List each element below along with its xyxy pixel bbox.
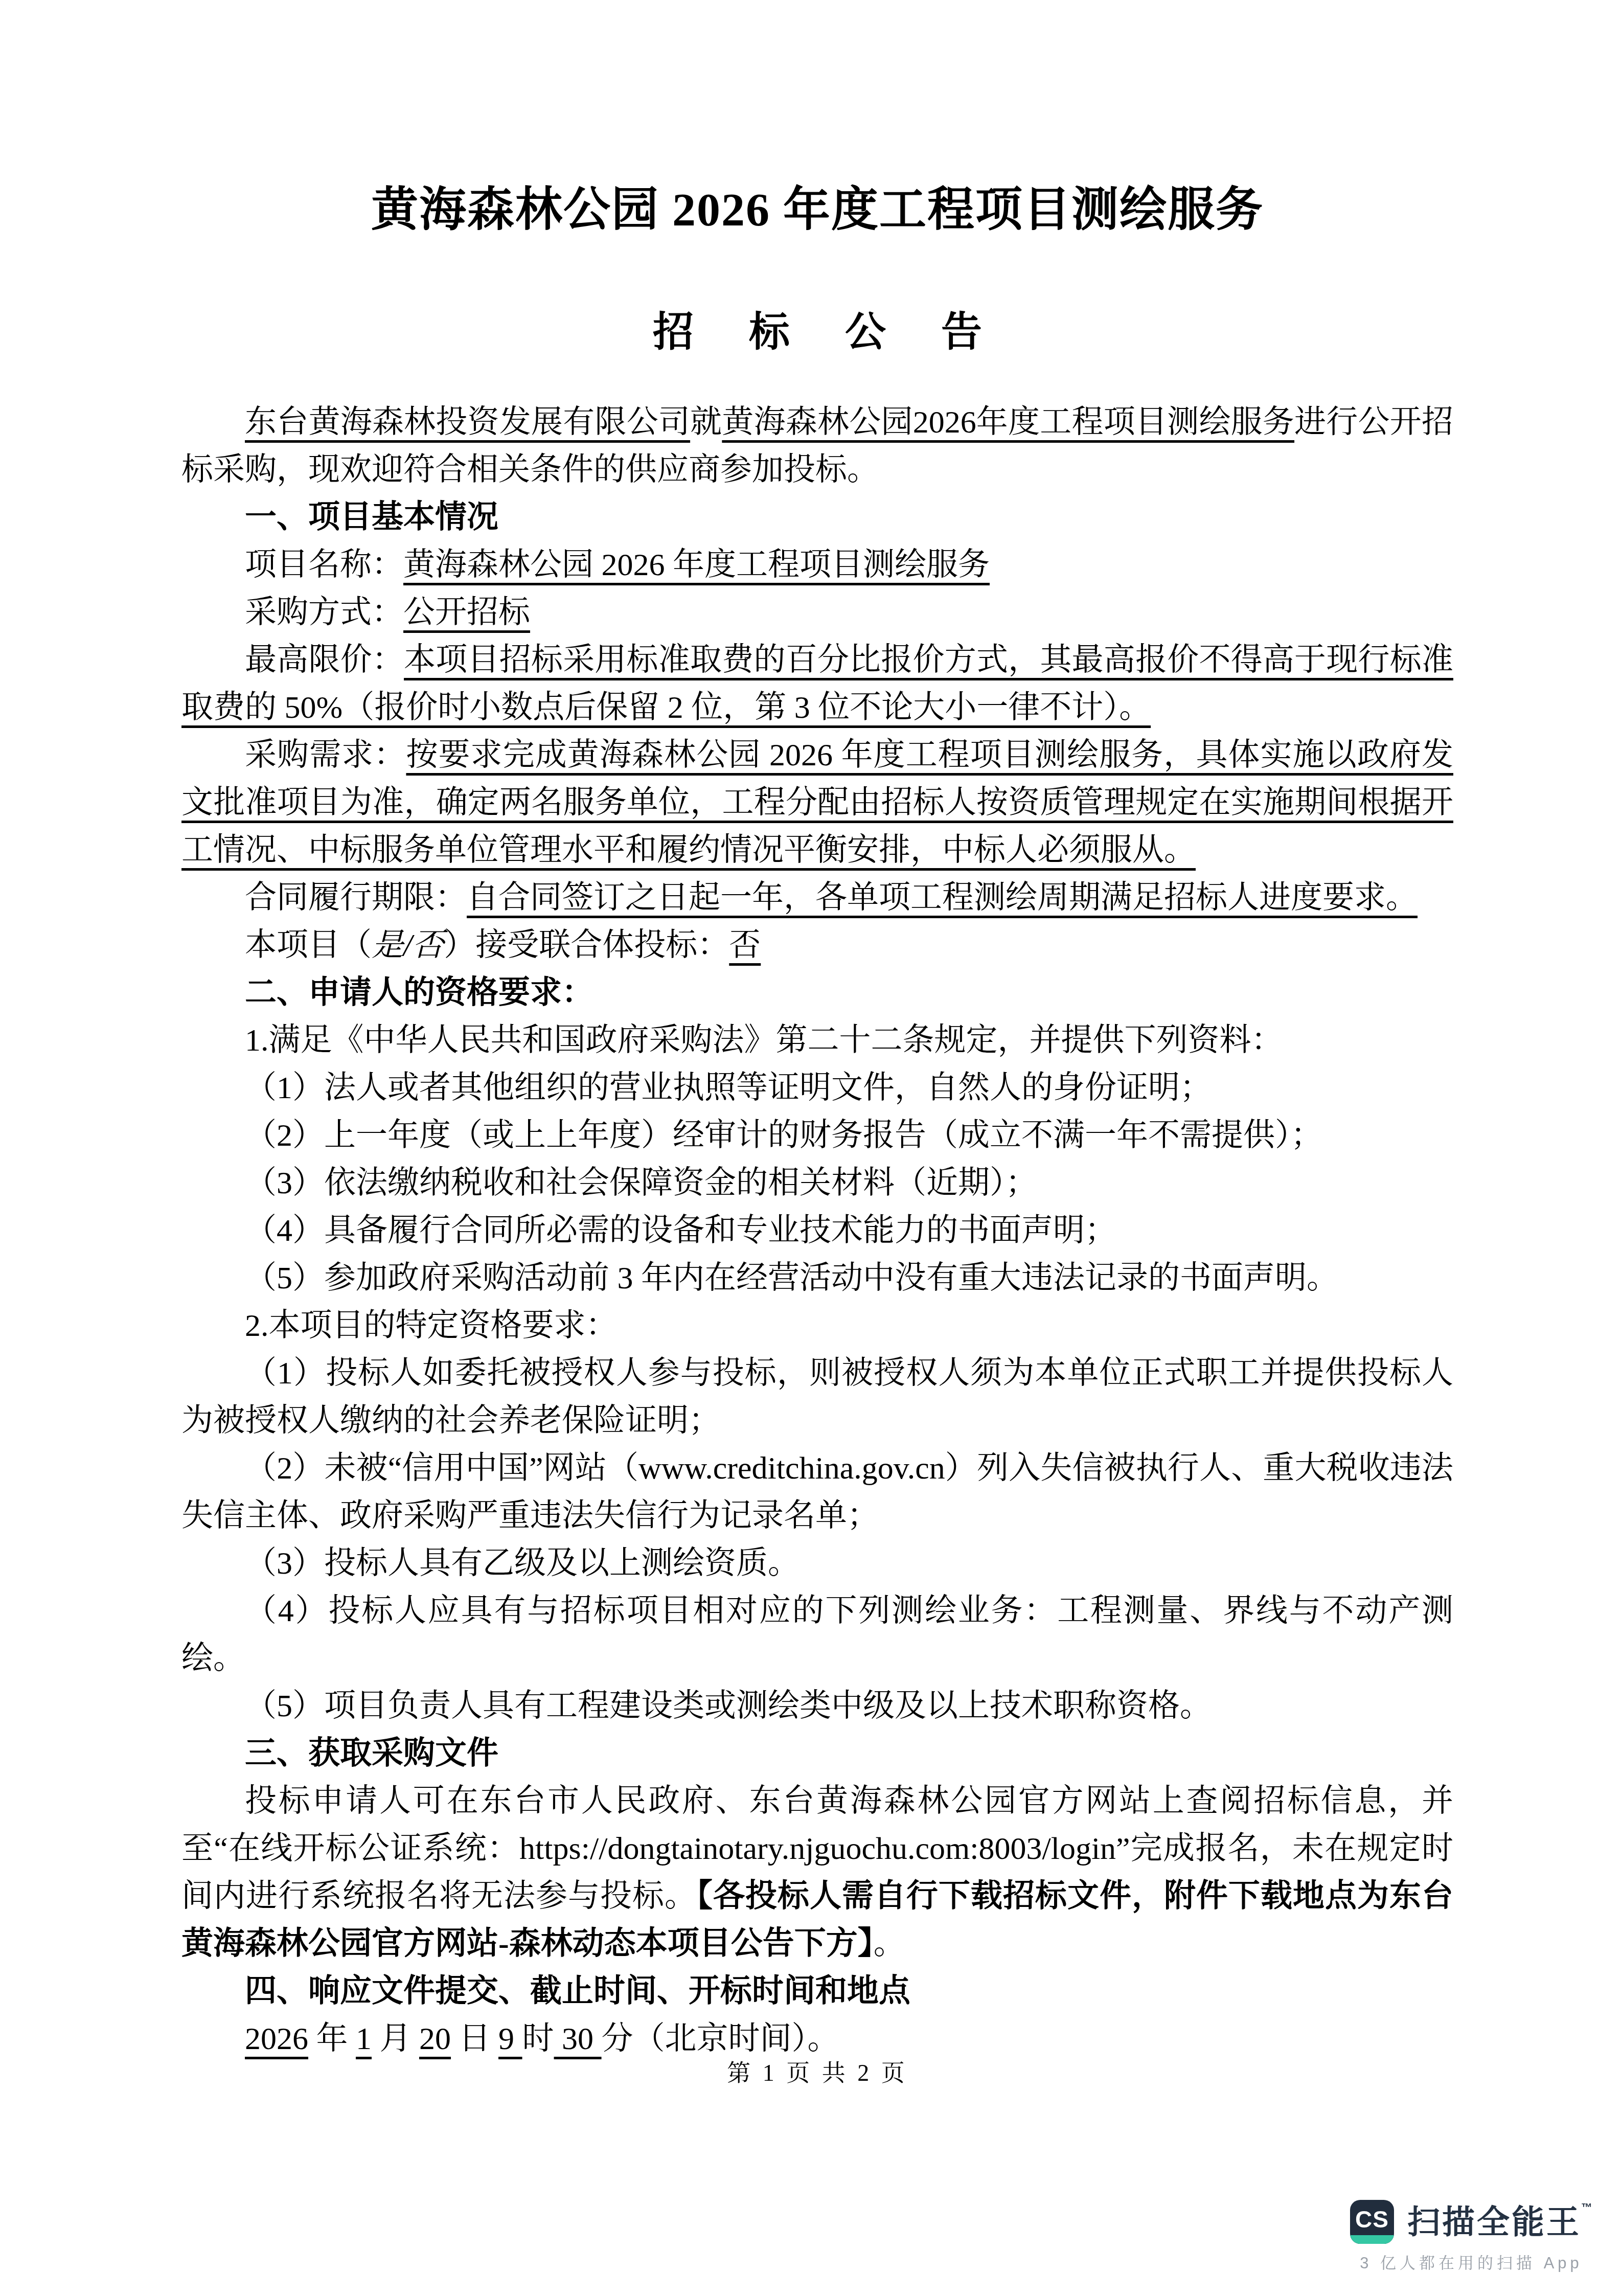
camscanner-icon-teal-strip [1350, 2235, 1394, 2244]
specific-item-4: （4）投标人应具有与招标项目相对应的下列测绘业务：工程测量、界线与不动产测绘。 [181, 1587, 1453, 1683]
obtain-documents-paragraph: 投标申请人可在东台市人民政府、东台黄海森林公园官方网站上查阅招标信息，并至“在线… [181, 1778, 1453, 1968]
deadline-year-unit: 年 [308, 2021, 356, 2056]
qualification-item-3: （3）依法缴纳税收和社会保障资金的相关材料（近期）； [181, 1160, 1453, 1207]
document-body: 东台黄海森林投资发展有限公司就黄海森林公园2026年度工程项目测绘服务进行公开招… [181, 399, 1453, 2063]
field-label: 最高限价： [245, 643, 404, 677]
qualification-general: 1.满足《中华人民共和国政府采购法》第二十二条规定，并提供下列资料： [181, 1017, 1453, 1064]
deadline-day: 20 [419, 2021, 451, 2056]
field-value-underlined: 公开招标 [403, 595, 530, 630]
field-procurement-method: 采购方式：公开招标 [181, 589, 1453, 636]
camscanner-brand-text: 扫描全能王 [1407, 2200, 1581, 2244]
field-label: 采购需求： [245, 738, 406, 772]
qualification-item-2: （2）上一年度（或上上年度）经审计的财务报告（成立不满一年不需提供）； [181, 1112, 1453, 1160]
intro-company-underlined: 东台黄海森林投资发展有限公司 [245, 405, 690, 440]
trademark-symbol: ™ [1581, 2201, 1592, 2214]
field-procurement-demand: 采购需求：按要求完成黄海森林公园 2026 年度工程项目测绘服务，具体实施以政府… [181, 732, 1453, 874]
deadline-hour: 9 [498, 2021, 522, 2056]
intro-project-underlined: 黄海森林公园2026年度工程项目测绘服务 [722, 405, 1294, 440]
qualification-item-4: （4）具备履行合同所必需的设备和专业技术能力的书面声明； [181, 1207, 1453, 1255]
specific-item-3: （3）投标人具有乙级及以上测绘资质。 [181, 1540, 1453, 1587]
specific-item-2: （2）未被“信用中国”网站（www.creditchina.gov.cn）列入失… [181, 1445, 1453, 1540]
field-value-underlined: 黄海森林公园 2026 年度工程项目测绘服务 [403, 548, 990, 582]
field-price-limit: 最高限价：本项目招标采用标准取费的百分比报价方式，其最高报价不得高于现行标准取费… [181, 636, 1453, 732]
specific-qualification-heading: 2.本项目的特定资格要求： [181, 1302, 1453, 1350]
deadline-hour-unit: 时 [522, 2021, 554, 2056]
section-heading-2: 二、申请人的资格要求： [181, 969, 1453, 1017]
intro-paragraph: 东台黄海森林投资发展有限公司就黄海森林公园2026年度工程项目测绘服务进行公开招… [181, 399, 1453, 494]
intro-connector: 就 [690, 405, 722, 440]
deadline-day-unit: 日 [451, 2021, 498, 2056]
joint-bid-yes-no-italic: 是/否 [372, 928, 444, 963]
camscanner-brand: 扫描全能王 ™ [1407, 2200, 1592, 2244]
scanned-document-page: 黄海森林公园 2026 年度工程项目测绘服务 招 标 公 告 东台黄海森林投资发… [0, 0, 1622, 2296]
field-joint-bid: 本项目（是/否）接受联合体投标：否 [181, 922, 1453, 969]
qualification-item-1: （1）法人或者其他组织的营业执照等证明文件，自然人的身份证明； [181, 1064, 1453, 1112]
section-heading-4: 四、响应文件提交、截止时间、开标时间和地点 [181, 1968, 1453, 2015]
joint-bid-mid: ）接受联合体投标： [444, 928, 729, 963]
camscanner-app-icon: CS [1350, 2200, 1394, 2244]
field-label: 项目名称： [245, 548, 403, 582]
specific-item-5: （5）项目负责人具有工程建设类或测绘类中级及以上技术职称资格。 [181, 1683, 1453, 1730]
camscanner-watermark: CS 扫描全能王 ™ 3 亿人都在用的扫描 App [1350, 2200, 1592, 2273]
section-heading-1: 一、项目基本情况 [181, 494, 1453, 541]
document-title: 黄海森林公园 2026 年度工程项目测绘服务 [181, 181, 1453, 238]
obtain-documents-period: 。 [874, 1926, 905, 1961]
deadline-month-unit: 月 [372, 2021, 419, 2056]
camscanner-tagline: 3 亿人都在用的扫描 App [1350, 2250, 1592, 2273]
section-heading-3: 三、获取采购文件 [181, 1730, 1453, 1778]
joint-bid-answer-underlined: 否 [729, 928, 761, 963]
field-value-underlined: 自合同签订之日起一年，各单项工程测绘周期满足招标人进度要求。 [467, 880, 1418, 915]
announcement-heading: 招 标 公 告 [181, 307, 1453, 358]
qualification-item-5: （5）参加政府采购活动前 3 年内在经营活动中没有重大违法记录的书面声明。 [181, 1255, 1453, 1302]
camscanner-cs-letters: CS [1355, 2206, 1389, 2233]
page-number: 第 1 页 共 2 页 [181, 2054, 1453, 2088]
deadline-month: 1 [356, 2021, 372, 2056]
field-label: 合同履行期限： [245, 880, 467, 915]
document-content: 黄海森林公园 2026 年度工程项目测绘服务 招 标 公 告 东台黄海森林投资发… [181, 0, 1453, 2063]
joint-bid-prefix: 本项目（ [245, 928, 372, 963]
field-project-name: 项目名称：黄海森林公园 2026 年度工程项目测绘服务 [181, 541, 1453, 589]
specific-item-1: （1）投标人如委托被授权人参与投标，则被授权人须为本单位正式职工并提供投标人为被… [181, 1350, 1453, 1445]
camscanner-logo-row: CS 扫描全能王 ™ [1350, 2200, 1592, 2244]
deadline-minute-unit: 分（北京时间）。 [602, 2021, 839, 2056]
field-contract-term: 合同履行期限：自合同签订之日起一年，各单项工程测绘周期满足招标人进度要求。 [181, 874, 1453, 922]
deadline-minute: 30 [554, 2021, 602, 2056]
deadline-year: 2026 [245, 2021, 308, 2056]
field-label: 采购方式： [245, 595, 403, 630]
